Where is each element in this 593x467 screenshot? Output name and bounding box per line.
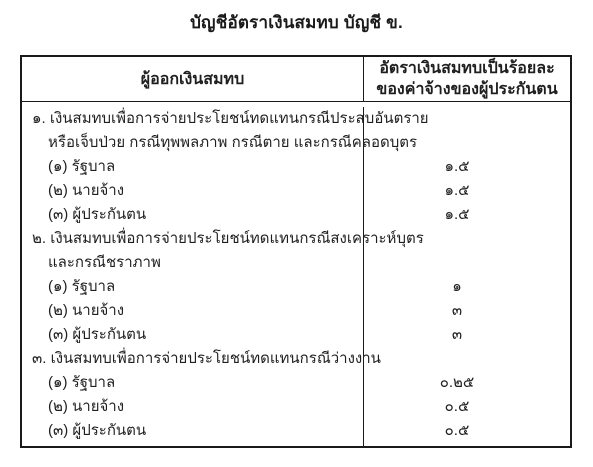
contribution-rate-table: ผู้ออกเงินสมทบ อัตราเงินสมทบเป็นร้อยละ ข…	[20, 55, 572, 448]
section-heading-continued: หรือเจ็บป่วย กรณีทุพพลภาพ กรณีตาย และกรณ…	[22, 131, 364, 155]
table-row: (๑) รัฐบาล ๐.๒๕	[22, 371, 570, 395]
table-row: ๓. เงินสมทบเพื่อการจ่ายประโยชน์ทดแทนกรณี…	[22, 347, 570, 371]
column-header-rate-line-2: ของค่าจ้างของผู้ประกันตน	[376, 79, 557, 100]
contribution-rate-value: ๓	[364, 299, 570, 323]
contribution-rate-value: ๐.๕	[364, 395, 570, 419]
document-title: บัญชีอัตราเงินสมทบ บัญชี ข.	[0, 9, 593, 36]
contribution-rate-value: ๑.๕	[364, 179, 570, 203]
table-row-filler	[22, 443, 570, 447]
document-page: บัญชีอัตราเงินสมทบ บัญชี ข. ผู้ออกเงินสม…	[0, 0, 593, 467]
section-heading-continued: และกรณีชราภาพ	[22, 251, 364, 275]
table-row: ๑. เงินสมทบเพื่อการจ่ายประโยชน์ทดแทนกรณี…	[22, 107, 570, 131]
table-row: (๒) นายจ้าง ๐.๕	[22, 395, 570, 419]
table-row: (๓) ผู้ประกันตน ๐.๕	[22, 419, 570, 443]
contributor-item-label: (๑) รัฐบาล	[22, 155, 364, 179]
contribution-rate-value: ๑.๕	[364, 155, 570, 179]
contribution-rate-value: ๓	[364, 323, 570, 347]
section-heading: ๒. เงินสมทบเพื่อการจ่ายประโยชน์ทดแทนกรณี…	[22, 227, 364, 251]
rate-cell-empty	[364, 107, 570, 131]
table-body: ๑. เงินสมทบเพื่อการจ่ายประโยชน์ทดแทนกรณี…	[22, 102, 570, 447]
table-header-row: ผู้ออกเงินสมทบ อัตราเงินสมทบเป็นร้อยละ ข…	[22, 57, 570, 102]
table-row: (๒) นายจ้าง ๓	[22, 299, 570, 323]
contributor-item-label: (๓) ผู้ประกันตน	[22, 203, 364, 227]
rate-cell-empty	[364, 251, 570, 275]
table-row: ๒. เงินสมทบเพื่อการจ่ายประโยชน์ทดแทนกรณี…	[22, 227, 570, 251]
contributor-item-label: (๒) นายจ้าง	[22, 299, 364, 323]
table-row: (๓) ผู้ประกันตน ๑.๕	[22, 203, 570, 227]
column-header-contributor: ผู้ออกเงินสมทบ	[22, 57, 364, 101]
contributor-item-label: (๒) นายจ้าง	[22, 395, 364, 419]
table-row: หรือเจ็บป่วย กรณีทุพพลภาพ กรณีตาย และกรณ…	[22, 131, 570, 155]
contribution-rate-value: ๑.๕	[364, 203, 570, 227]
column-header-rate-line-1: อัตราเงินสมทบเป็นร้อยละ	[379, 58, 554, 79]
contribution-rate-value: ๐.๕	[364, 419, 570, 443]
rate-cell-empty	[364, 227, 570, 251]
rate-cell-empty	[364, 131, 570, 155]
section-heading: ๑. เงินสมทบเพื่อการจ่ายประโยชน์ทดแทนกรณี…	[22, 107, 364, 131]
table-row: (๓) ผู้ประกันตน ๓	[22, 323, 570, 347]
contribution-rate-value: ๑	[364, 275, 570, 299]
contribution-rate-value: ๐.๒๕	[364, 371, 570, 395]
column-header-rate: อัตราเงินสมทบเป็นร้อยละ ของค่าจ้างของผู้…	[364, 57, 570, 101]
table-row: และกรณีชราภาพ	[22, 251, 570, 275]
section-heading: ๓. เงินสมทบเพื่อการจ่ายประโยชน์ทดแทนกรณี…	[22, 347, 364, 371]
contributor-item-label: (๑) รัฐบาล	[22, 371, 364, 395]
contributor-item-label: (๓) ผู้ประกันตน	[22, 419, 364, 443]
table-row: (๑) รัฐบาล ๑.๕	[22, 155, 570, 179]
table-row: (๒) นายจ้าง ๑.๕	[22, 179, 570, 203]
contributor-item-label: (๑) รัฐบาล	[22, 275, 364, 299]
contributor-item-label: (๒) นายจ้าง	[22, 179, 364, 203]
rate-cell-empty	[364, 347, 570, 371]
table-row: (๑) รัฐบาล ๑	[22, 275, 570, 299]
contributor-item-label: (๓) ผู้ประกันตน	[22, 323, 364, 347]
